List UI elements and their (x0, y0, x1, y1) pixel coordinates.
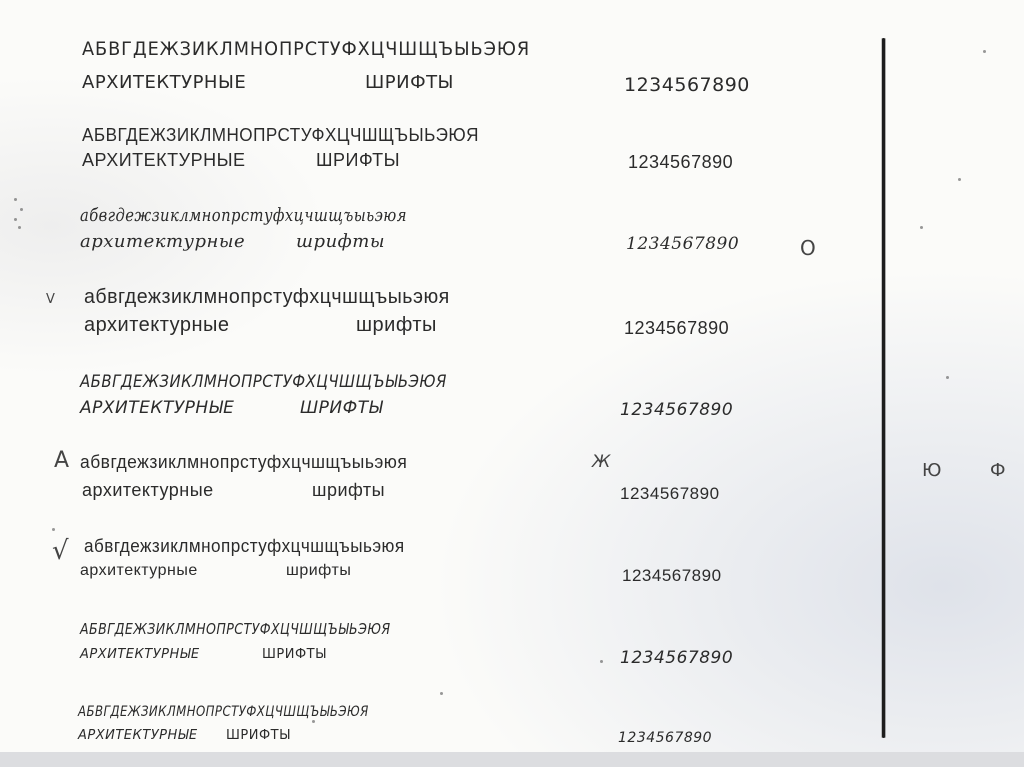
row-3-margin-mark: О (800, 236, 816, 260)
row-1-word-1: АРХИТЕКТУРНЫЕ (82, 72, 246, 93)
row-5-word-2: ШРИФТЫ (300, 398, 383, 418)
row-9-word-2: ШРИФТЫ (226, 728, 291, 743)
row-2-numbers: 1234567890 (628, 152, 733, 173)
row-9-numbers: 1234567890 (618, 730, 712, 746)
row-6-numbers: 1234567890 (620, 484, 720, 504)
row-4-word-1: архитектурные (84, 314, 230, 337)
row-3-word-2: шрифты (296, 231, 385, 252)
row-4-word-2: шрифты (356, 314, 437, 337)
scan-bottom-edge (0, 752, 1024, 767)
scan-speck (52, 528, 55, 531)
row-8-alphabet: АБВГДЕЖЗИКЛМНОПРСТУФХЦЧШЩЪЫЬЭЮЯ (80, 620, 391, 638)
row-2-alphabet: АБВГДЕЖЗИКЛМНОПРСТУФХЦЧШЩЪЫЬЭЮЯ (82, 125, 479, 146)
scan-speck (14, 198, 17, 201)
side-letter-ef: Ф (990, 460, 1006, 481)
row-8-word-1: АРХИТЕКТУРНЫЕ (80, 647, 200, 662)
row-6-word-1: архитектурные (82, 480, 214, 501)
scan-speck (18, 226, 21, 229)
row-2-word-1: АРХИТЕКТУРНЫЕ (82, 150, 246, 171)
row-3-word-1: архитектурные (80, 231, 245, 252)
row-4-alphabet: абвгдежзиклмнопрстуфхцчшщъыьэюя (84, 286, 450, 309)
row-5-alphabet: АБВГДЕЖЗИКЛМНОПРСТУФХЦЧШЩЪЫЬЭЮЯ (80, 372, 447, 392)
row-5-numbers: 1234567890 (620, 400, 733, 420)
row-1-numbers: 1234567890 (624, 74, 750, 96)
scan-speck (983, 50, 986, 53)
scan-speck (946, 376, 949, 379)
row-5-word-1: АРХИТЕКТУРНЫЕ (80, 398, 234, 418)
row-3-numbers: 1234567890 (626, 234, 739, 254)
side-letter-yu: Ю (922, 460, 941, 481)
scan-speck (600, 660, 603, 663)
scan-speck (20, 208, 23, 211)
scan-speck (958, 178, 961, 181)
row-8-numbers: 1234567890 (620, 648, 733, 668)
row-6-margin-letter: А (54, 448, 69, 473)
row-9-word-1: АРХИТЕКТУРНЫЕ (78, 728, 198, 743)
row-9-alphabet: АБВГДЕЖЗИКЛМНОПРСТУФХЦЧШЩЪЫЬЭЮЯ (78, 704, 369, 720)
scan-speck (440, 692, 443, 695)
scanned-sheet: АБВГДЕЖЗИКЛМНОПРСТУФХЦЧШЩЪЫЬЭЮЯ АРХИТЕКТ… (0, 0, 1024, 752)
row-7-alphabet: абвгдежзиклмнопрстуфхцчшщъыьэюя (84, 536, 405, 557)
scan-speck (14, 218, 17, 221)
row-1-alphabet: АБВГДЕЖЗИКЛМНОПРСТУФХЦЧШЩЪЫЬЭЮЯ (82, 38, 530, 60)
row-7-word-1: архитектурные (80, 562, 198, 580)
scan-speck (312, 720, 315, 723)
row-4-check-mark: V (46, 292, 55, 307)
row-1-word-2: ШРИФТЫ (365, 72, 454, 93)
row-6-word-2: шрифты (312, 480, 385, 501)
row-7-word-2: шрифты (286, 562, 351, 580)
scan-speck (920, 226, 923, 229)
row-2-word-2: ШРИФТЫ (316, 150, 400, 171)
row-7-numbers: 1234567890 (622, 566, 722, 586)
row-7-check-mark: √ (52, 536, 69, 566)
row-6-alphabet: абвгдежзиклмнопрстуфхцчшщъыьэюя (80, 452, 407, 473)
row-6-margin-mark: Ж (592, 452, 610, 472)
row-4-numbers: 1234567890 (624, 318, 729, 339)
row-3-alphabet: абвгдежзиклмнопрстуфхцчшщъыьэюя (80, 205, 407, 226)
row-8-word-2: ШРИФТЫ (262, 647, 327, 662)
frame-border-line (882, 38, 885, 738)
